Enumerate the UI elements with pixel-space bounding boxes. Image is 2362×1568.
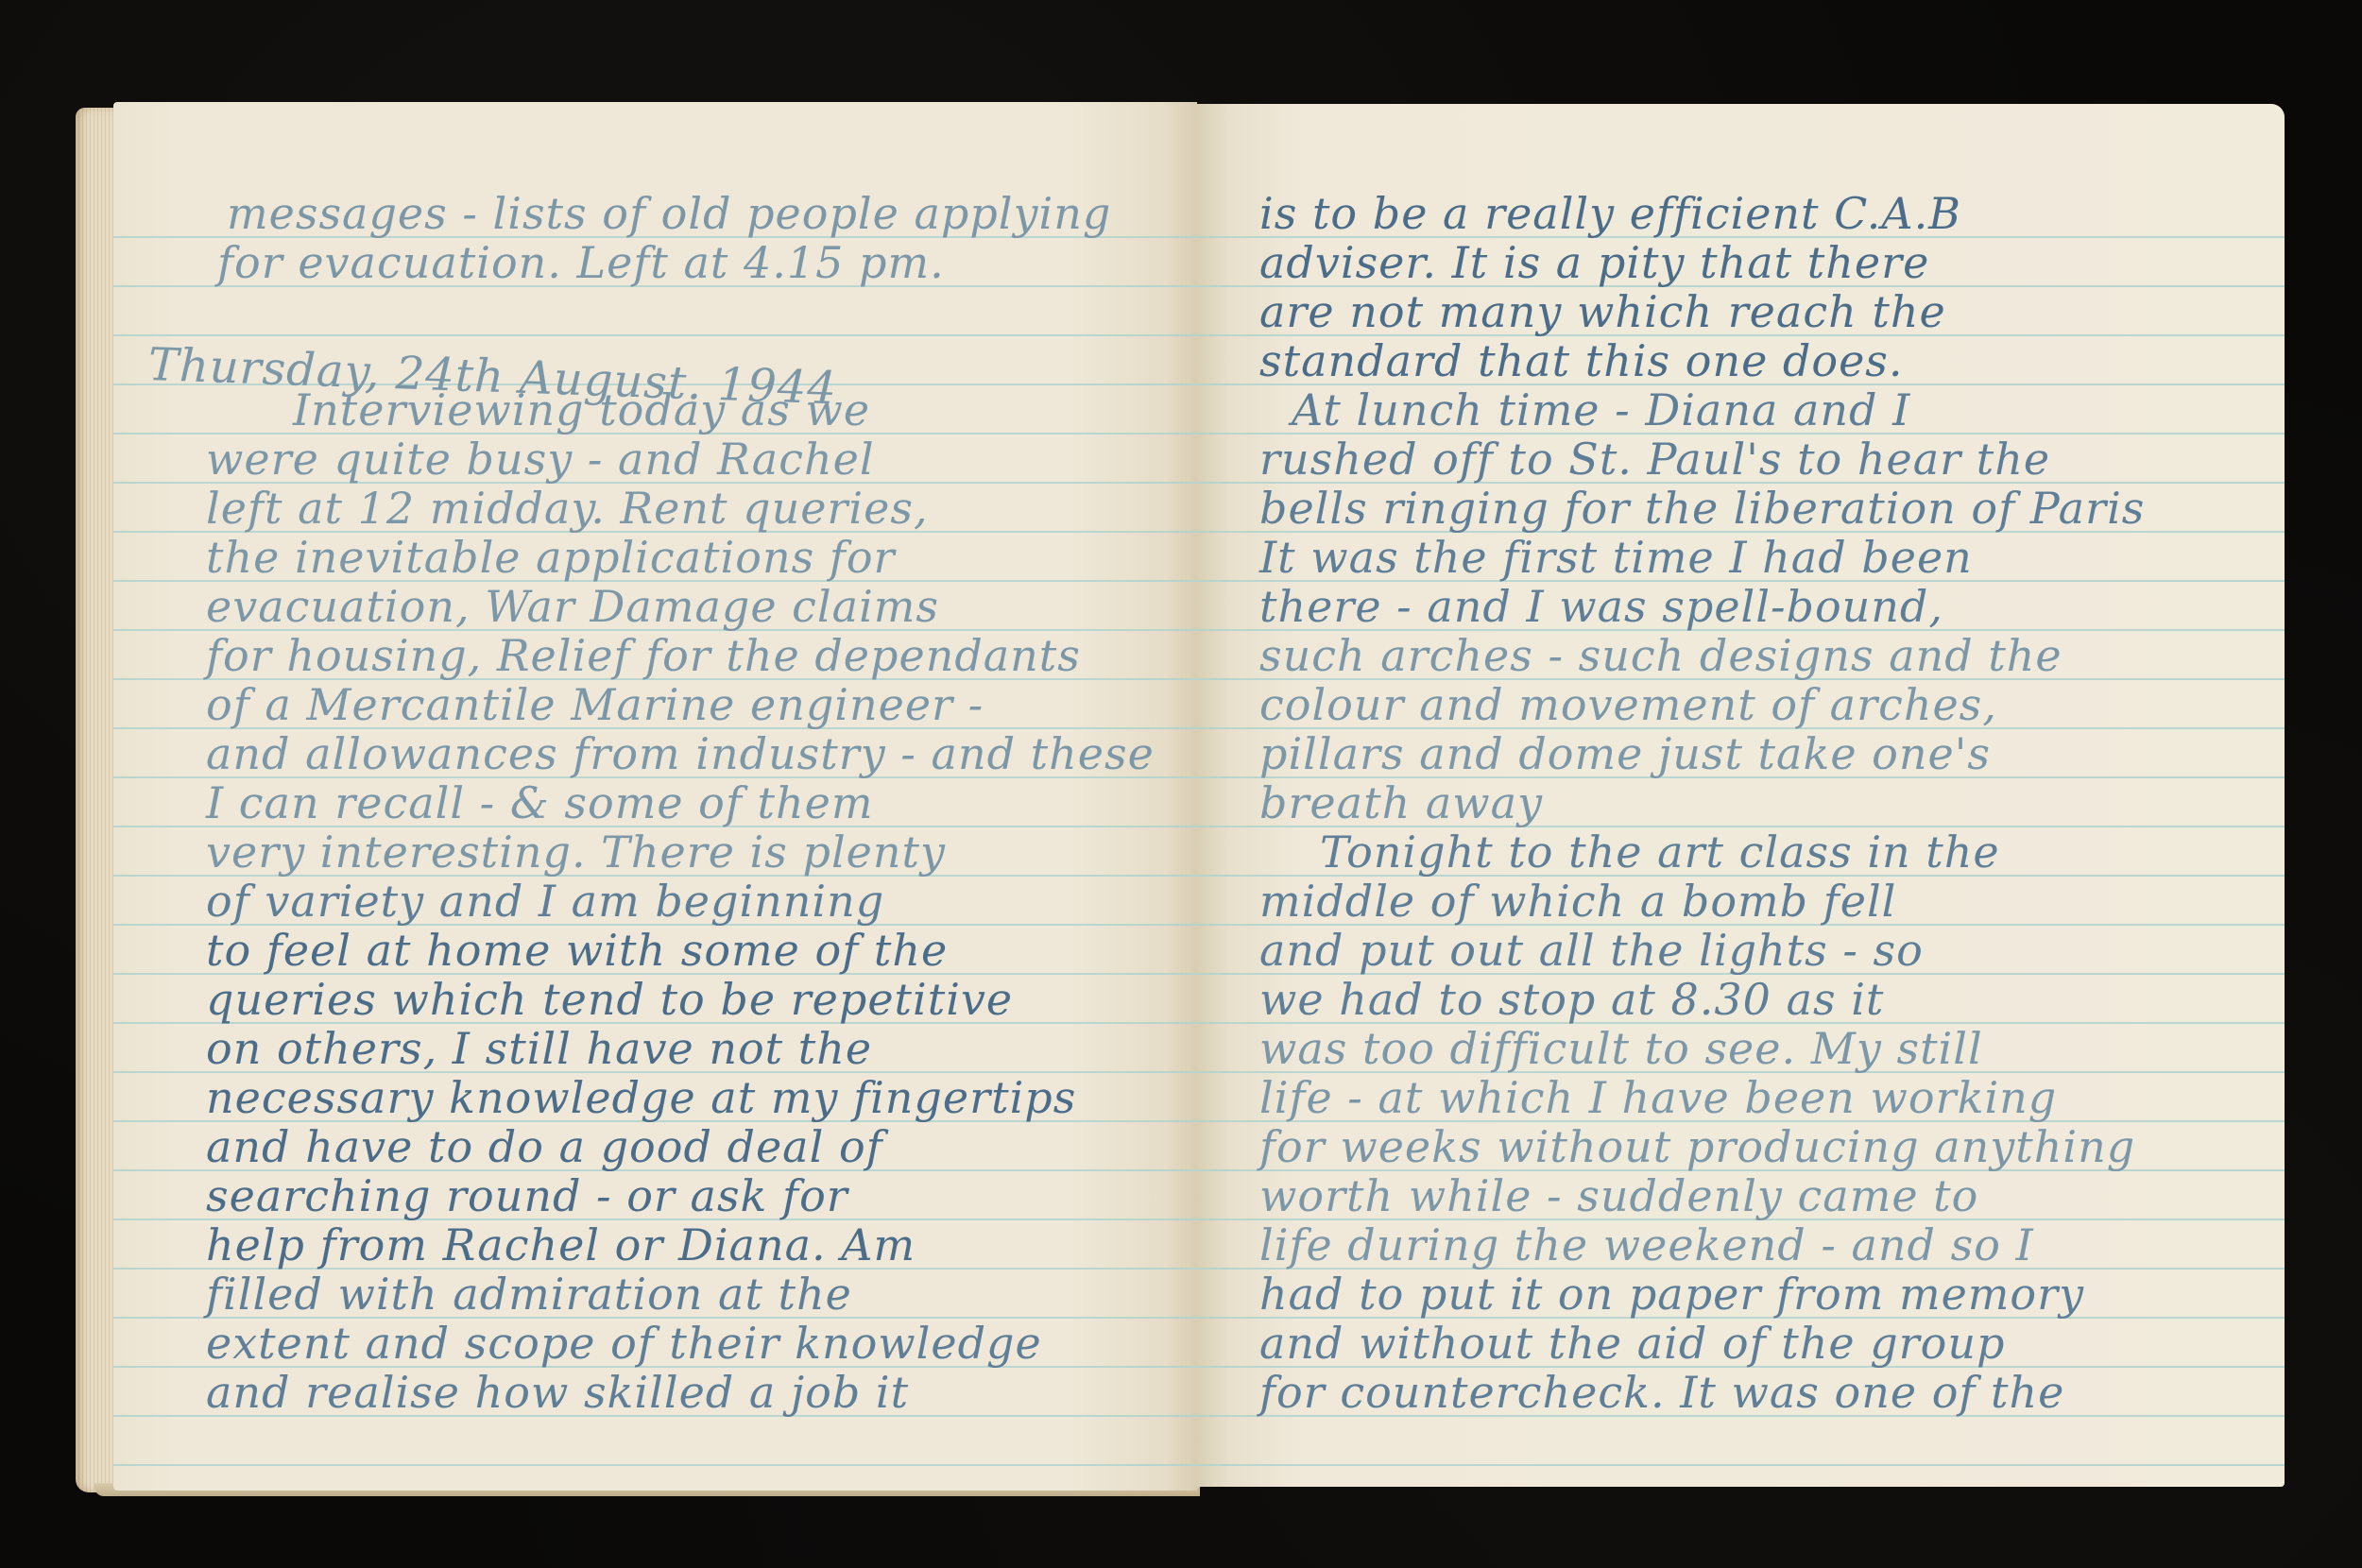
left-line-19: necessary knowledge at my fingertips: [206, 1073, 1076, 1122]
left-line-5: Interviewing today as we: [293, 385, 870, 435]
left-page: messages - lists of old people applying …: [113, 102, 1197, 1491]
right-line-3: are not many which reach the: [1259, 287, 1946, 336]
right-line-2: adviser. It is a pity that there: [1259, 238, 1929, 287]
right-line-7: bells ringing for the liberation of Pari…: [1259, 484, 2145, 533]
right-line-18: was too difficult to see. My still: [1259, 1024, 1983, 1073]
left-line-12: and allowances from industry - and these: [206, 729, 1155, 778]
right-line-11: colour and movement of arches,: [1259, 680, 1997, 729]
open-notebook: messages - lists of old people applying …: [76, 102, 2285, 1500]
right-line-13: breath away: [1259, 778, 1543, 827]
left-line-9: evacuation, War Damage claims: [206, 582, 939, 631]
left-line-15: of variety and I am beginning: [206, 877, 884, 926]
right-line-12: pillars and dome just take one's: [1259, 729, 1991, 778]
left-line-16: to feel at home with some of the: [206, 926, 948, 975]
left-line-10: for housing, Relief for the dependants: [206, 631, 1081, 680]
left-line-13: I can recall - & some of them: [206, 778, 873, 827]
right-line-23: had to put it on paper from memory: [1259, 1270, 2084, 1319]
right-line-25: for countercheck. It was one of the: [1259, 1368, 2064, 1417]
left-line-24: extent and scope of their knowledge: [206, 1319, 1042, 1368]
left-line-1: messages - lists of old people applying: [227, 189, 1111, 238]
right-line-10: such arches - such designs and the: [1259, 631, 2062, 680]
right-page: is to be a really efficient C.A.B advise…: [1197, 104, 2285, 1487]
left-line-23: filled with admiration at the: [206, 1270, 852, 1319]
right-line-16: and put out all the lights - so: [1259, 926, 1924, 975]
right-line-14: Tonight to the art class in the: [1320, 827, 2000, 877]
left-line-22: help from Rachel or Diana. Am: [206, 1220, 916, 1270]
right-line-20: for weeks without producing anything: [1259, 1122, 2135, 1171]
left-line-21: searching round - or ask for: [206, 1171, 848, 1220]
left-line-20: and have to do a good deal of: [206, 1122, 883, 1171]
right-line-8: It was the first time I had been: [1259, 533, 1973, 582]
right-line-22: life during the weekend - and so I: [1259, 1220, 2034, 1270]
right-line-9: there - and I was spell-bound,: [1259, 582, 1943, 631]
ruled-line: [113, 334, 1197, 336]
left-line-25: and realise how skilled a job it: [206, 1368, 909, 1417]
right-line-6: rushed off to St. Paul's to hear the: [1259, 435, 2050, 484]
left-line-2: for evacuation. Left at 4.15 pm.: [217, 238, 945, 287]
left-line-8: the inevitable applications for: [206, 533, 896, 582]
left-line-7: left at 12 midday. Rent queries,: [206, 484, 929, 533]
right-line-1: is to be a really efficient C.A.B: [1259, 189, 1961, 238]
right-line-17: we had to stop at 8.30 as it: [1259, 975, 1884, 1024]
left-line-11: of a Mercantile Marine engineer -: [206, 680, 984, 729]
right-line-21: worth while - suddenly came to: [1259, 1171, 1978, 1220]
right-line-4: standard that this one does.: [1259, 336, 1904, 385]
right-line-24: and without the aid of the group: [1259, 1319, 2005, 1368]
left-line-17: queries which tend to be repetitive: [206, 975, 1013, 1024]
ruled-line: [113, 1464, 1197, 1466]
left-line-14: very interesting. There is plenty: [206, 827, 946, 877]
left-line-6: were quite busy - and Rachel: [206, 435, 875, 484]
left-line-18: on others, I still have not the: [206, 1024, 872, 1073]
right-line-19: life - at which I have been working: [1259, 1073, 2057, 1122]
right-line-15: middle of which a bomb fell: [1259, 877, 1896, 926]
right-line-5: At lunch time - Diana and I: [1292, 385, 1910, 435]
ruled-line: [1197, 1464, 2285, 1466]
